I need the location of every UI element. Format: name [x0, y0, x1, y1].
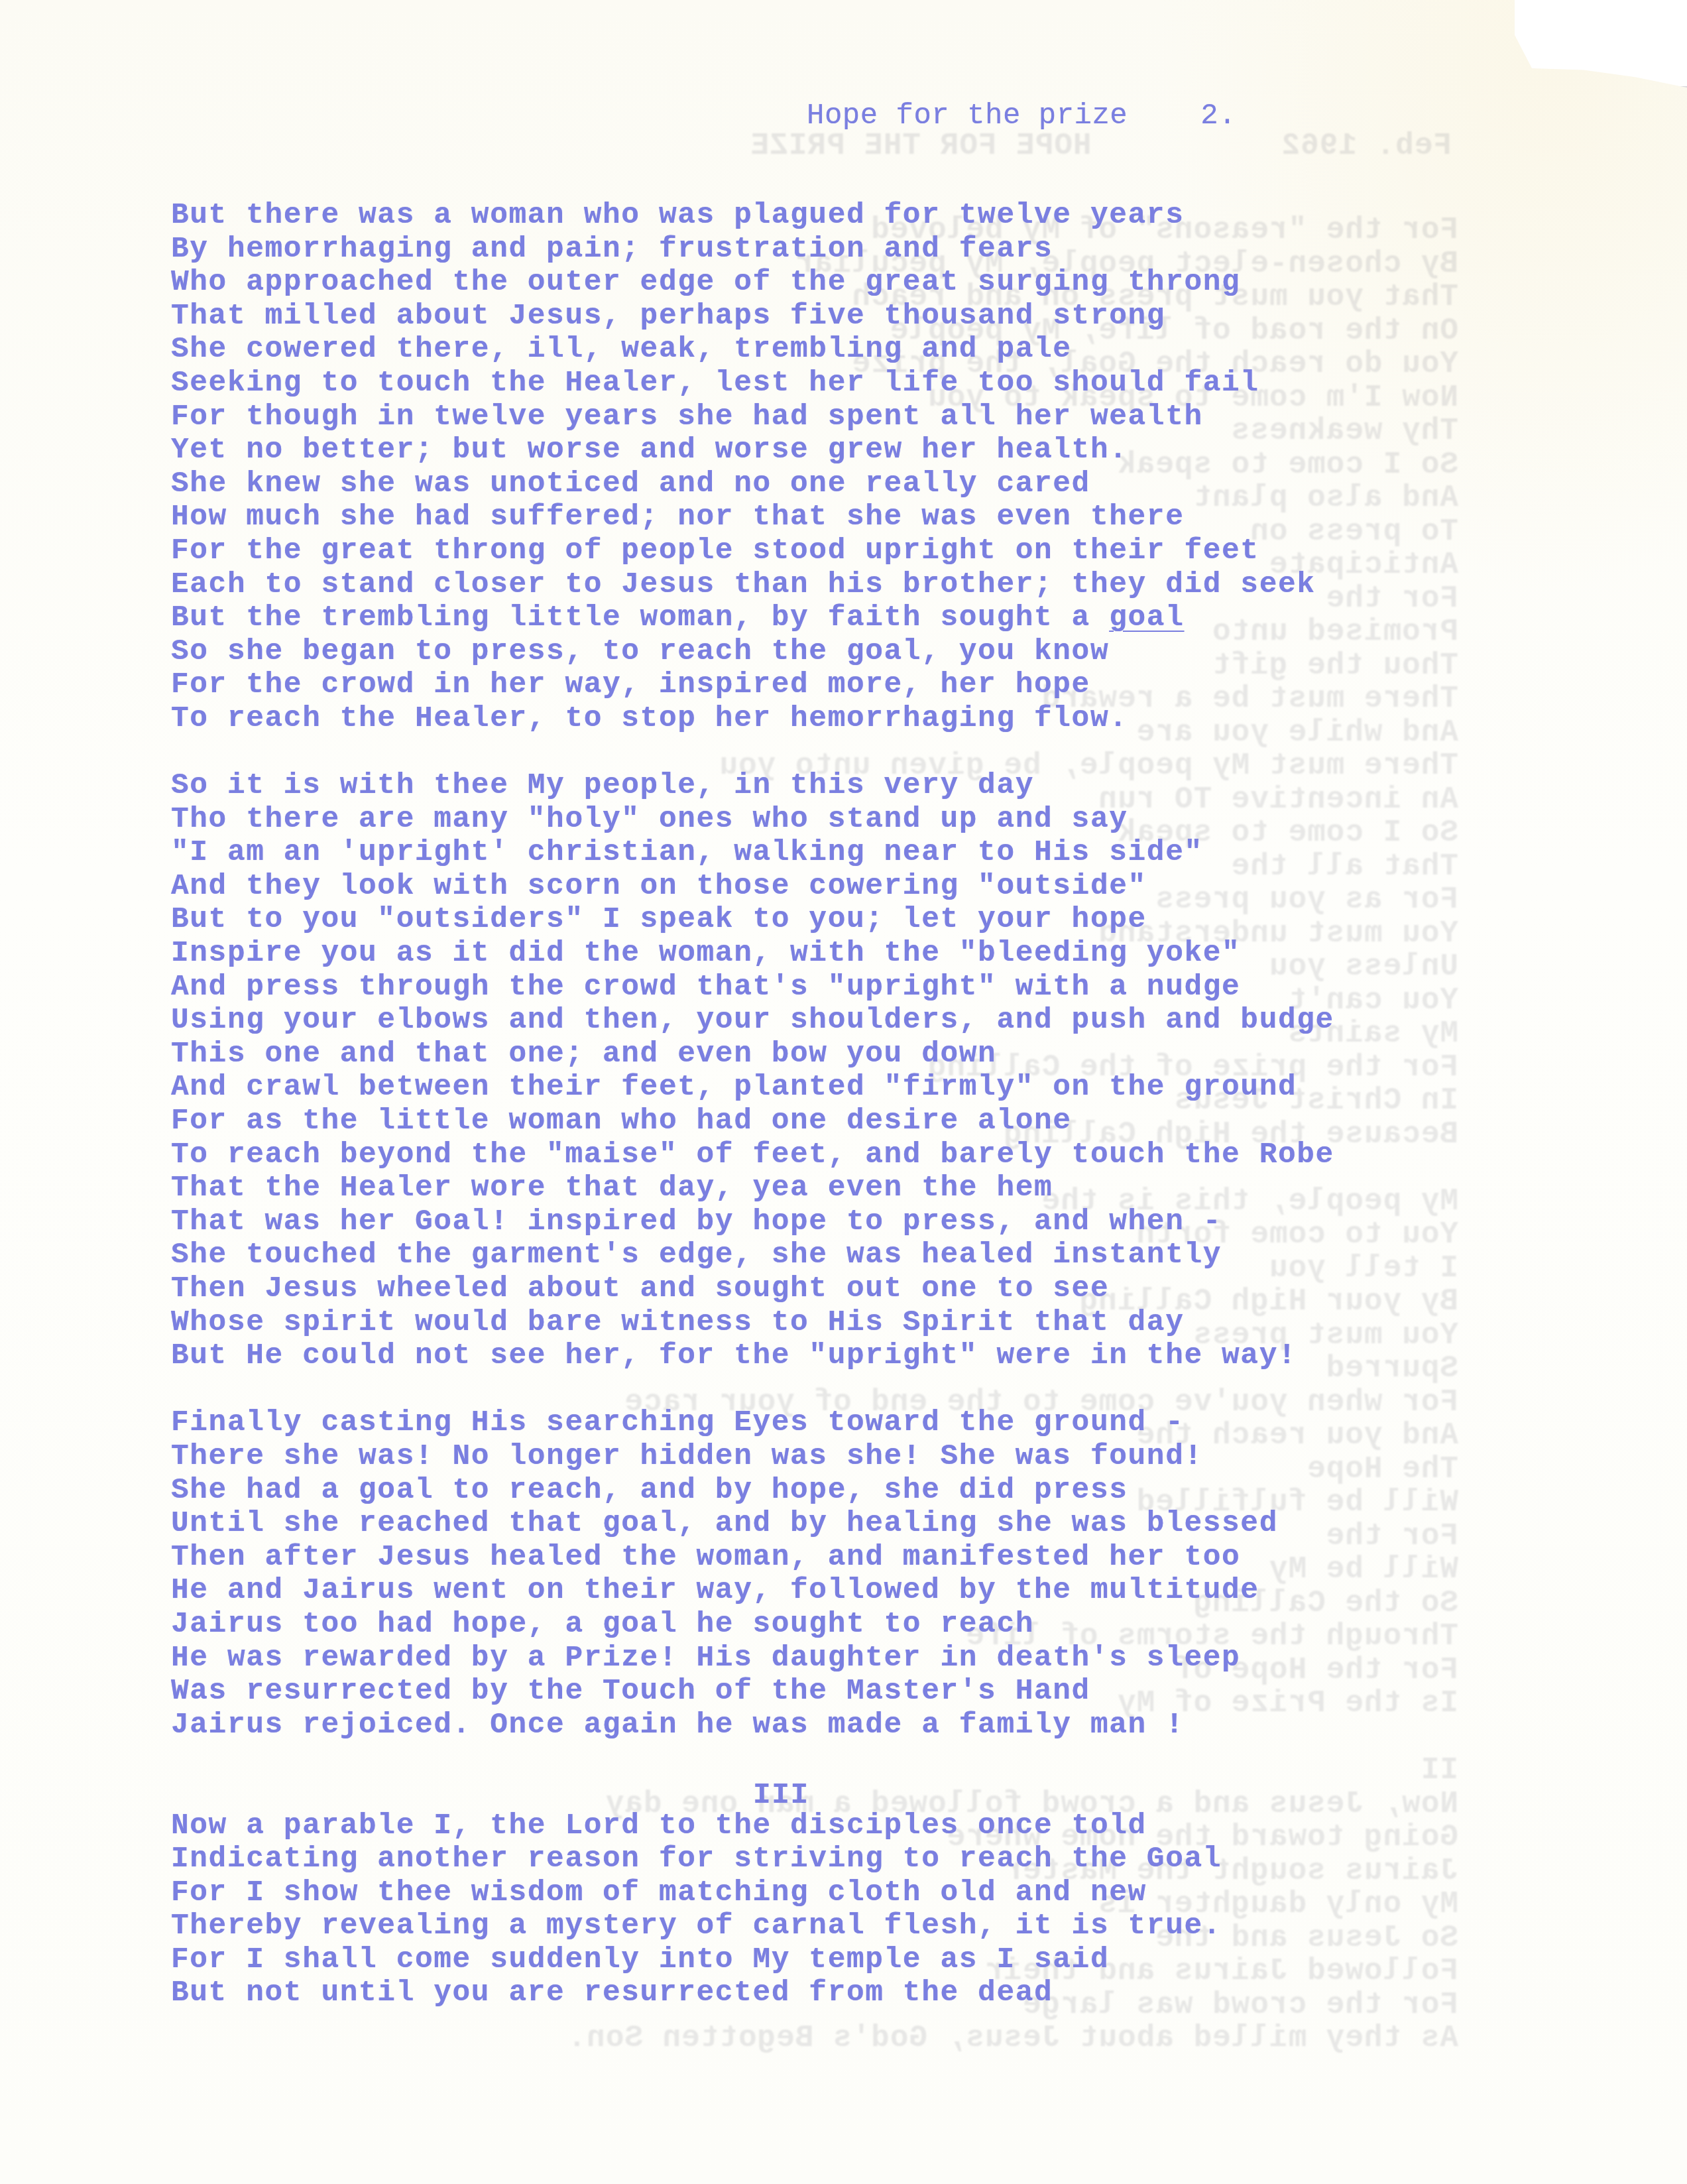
underlined-word: goal	[1109, 601, 1184, 635]
poem-line: This one and that one; and even bow you …	[171, 1038, 1334, 1071]
poem-line: But He could not see her, for the "uprig…	[171, 1339, 1334, 1373]
poem-line: Each to stand closer to Jesus than his b…	[171, 568, 1334, 602]
poem-line: But not until you are resurrected from t…	[171, 1976, 1334, 2010]
section-heading: III	[171, 1776, 1334, 1809]
poem-line: To reach the Healer, to stop her hemorrh…	[171, 702, 1334, 736]
poem-line: So it is with thee My people, in this ve…	[171, 769, 1334, 803]
poem-line: She knew she was unoticed and no one rea…	[171, 467, 1334, 501]
poem-line: For the great throng of people stood upr…	[171, 534, 1334, 568]
poem-line: But the trembling little woman, by faith…	[171, 601, 1334, 635]
poem-line: He and Jairus went on their way, followe…	[171, 1574, 1334, 1608]
poem-line: How much she had suffered; nor that she …	[171, 501, 1334, 534]
poem-line: And press through the crowd that's "upri…	[171, 971, 1334, 1004]
poem-line: For though in twelve years she had spent…	[171, 400, 1334, 434]
stanza-gap	[171, 1742, 1334, 1776]
poem-body: But there was a woman who was plagued fo…	[171, 199, 1334, 2010]
poem-line: For the crowd in her way, inspired more,…	[171, 668, 1334, 702]
poem-line: But there was a woman who was plagued fo…	[171, 199, 1334, 233]
poem-line: Jairus rejoiced. Once again he was made …	[171, 1709, 1334, 1742]
poem-line: Thereby revealing a mystery of carnal fl…	[171, 1910, 1334, 1943]
poem-line: That was her Goal! inspired by hope to p…	[171, 1205, 1334, 1239]
header-title: Hope for the prize	[807, 99, 1128, 133]
poem-line: Now a parable I, the Lord to the discipl…	[171, 1809, 1334, 1843]
poem-line: Seeking to touch the Healer, lest her li…	[171, 367, 1334, 400]
poem-line: For I show thee wisdom of matching cloth…	[171, 1876, 1334, 1910]
stanza-gap	[171, 1373, 1334, 1407]
poem-line: She had a goal to reach, and by hope, sh…	[171, 1474, 1334, 1508]
poem-line: But to you "outsiders" I speak to you; l…	[171, 903, 1334, 937]
poem-line: "I am an 'upright' christian, walking ne…	[171, 836, 1334, 870]
poem-line: And crawl between their feet, planted "f…	[171, 1071, 1334, 1105]
poem-line: Until she reached that goal, and by heal…	[171, 1507, 1334, 1541]
page-number: 2.	[1200, 99, 1236, 133]
poem-line: Whose spirit would bare witness to His S…	[171, 1306, 1334, 1340]
poem-line: Inspire you as it did the woman, with th…	[171, 937, 1334, 971]
poem-line: And they look with scorn on those coweri…	[171, 870, 1334, 904]
poem-line: There she was! No longer hidden was she!…	[171, 1440, 1334, 1474]
poem-line: Who approached the outer edge of the gre…	[171, 266, 1334, 300]
stanza-gap	[171, 736, 1334, 770]
poem-line: So she began to press, to reach the goal…	[171, 635, 1334, 669]
poem-line: That milled about Jesus, perhaps five th…	[171, 300, 1334, 334]
poem-line: That the Healer wore that day, yea even …	[171, 1172, 1334, 1205]
poem-line: Then after Jesus healed the woman, and m…	[171, 1541, 1334, 1575]
poem-line: She touched the garment's edge, she was …	[171, 1239, 1334, 1272]
poem-line: For as the little woman who had one desi…	[171, 1105, 1334, 1138]
poem-line: To reach beyond the "maise" of feet, and…	[171, 1138, 1334, 1172]
poem-line: By hemorrhaging and pain; frustration an…	[171, 233, 1334, 267]
poem-line: Yet no better; but worse and worse grew …	[171, 434, 1334, 467]
poem-line: Jairus too had hope, a goal he sought to…	[171, 1608, 1334, 1642]
poem-line: She cowered there, ill, weak, trembling …	[171, 333, 1334, 367]
poem-line: Using your elbows and then, your shoulde…	[171, 1004, 1334, 1038]
poem-line: He was rewarded by a Prize! His daughter…	[171, 1642, 1334, 1675]
poem-line: Then Jesus wheeled about and sought out …	[171, 1272, 1334, 1306]
poem-line: For I shall come suddenly into My temple…	[171, 1943, 1334, 1977]
page-header: Hope for the prize2.	[807, 99, 1236, 133]
poem-line: Finally casting His searching Eyes towar…	[171, 1406, 1334, 1440]
poem-line: Was resurrected by the Touch of the Mast…	[171, 1675, 1334, 1709]
poem-line: Tho there are many "holy" ones who stand…	[171, 803, 1334, 837]
poem-line: Indicating another reason for striving t…	[171, 1843, 1334, 1876]
